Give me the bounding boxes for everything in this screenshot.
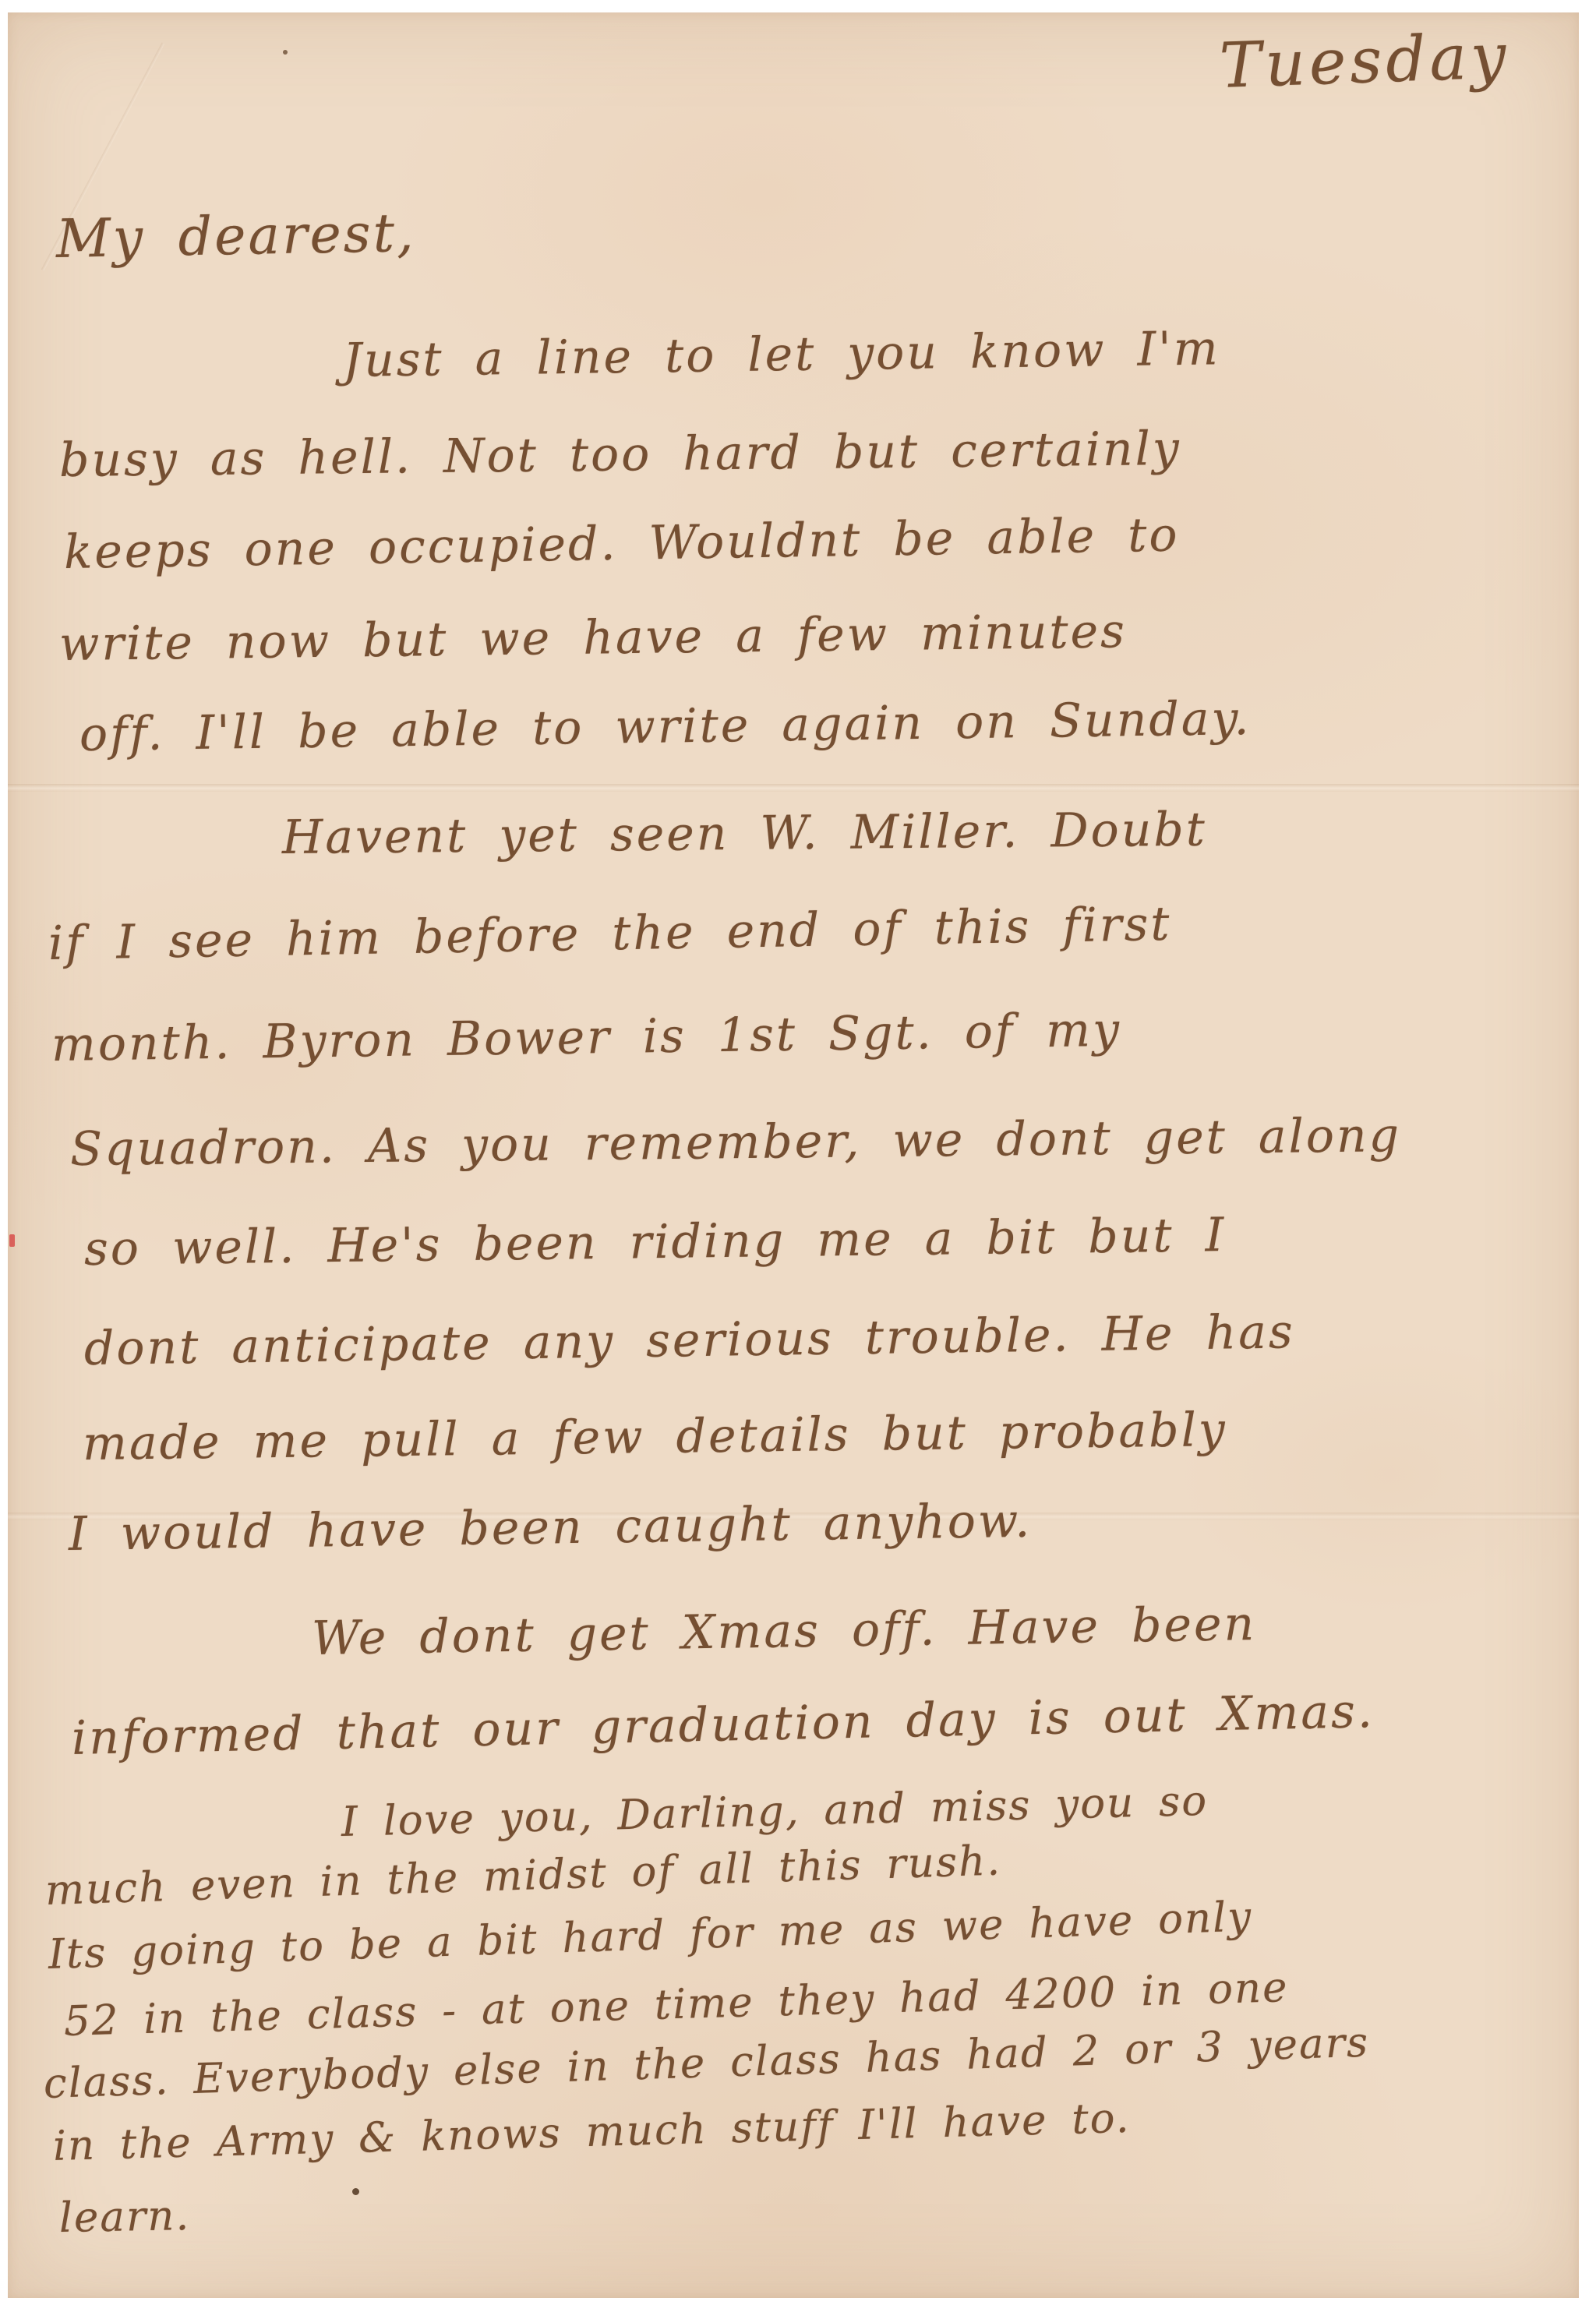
- fold-crease-upper: [8, 784, 1579, 792]
- letter-line-16: I love you, Darling, and miss you so: [341, 1777, 1209, 1846]
- letter-salutation: My dearest,: [55, 203, 416, 270]
- letter-line-21: in the Army & knows much stuff I'll have…: [52, 2095, 1131, 2170]
- scanned-letter: Tuesday My dearest, Just a line to let y…: [0, 0, 1596, 2298]
- letter-line-4: write now but we have a few minutes: [59, 604, 1128, 672]
- letter-line-3: keeps one occupied. Wouldnt be able to: [63, 508, 1180, 580]
- ink-speck: [352, 2188, 359, 2195]
- letter-date: Tuesday: [1218, 19, 1510, 102]
- letter-line-13: I would have been caught anyhow.: [69, 1494, 1033, 1562]
- letter-line-12: made me pull a few details but probably: [83, 1403, 1228, 1471]
- letter-line-8: month. Byron Bower is 1st Sgt. of my: [51, 1003, 1122, 1072]
- letter-paper: Tuesday My dearest, Just a line to let y…: [8, 12, 1579, 2298]
- letter-line-15: informed that our graduation day is out …: [71, 1684, 1375, 1766]
- letter-line-10: so well. He's been riding me a bit but I: [84, 1208, 1227, 1276]
- letter-line-7: if I see him before the end of this firs…: [48, 897, 1172, 971]
- red-mark: [9, 1234, 15, 1247]
- ink-speck: [283, 50, 288, 55]
- letter-line-11: dont anticipate any serious trouble. He …: [84, 1304, 1296, 1376]
- letter-line-1: Just a line to let you know I'm: [343, 321, 1221, 388]
- letter-line-9: Squadron. As you remember, we dont get a…: [70, 1108, 1402, 1177]
- letter-line-17: much even in the midst of all this rush.: [44, 1837, 1002, 1915]
- letter-line-2: busy as hell. Not too hard but certainly: [59, 422, 1181, 488]
- letter-line-5: off. I'll be able to write again on Sund…: [79, 691, 1252, 762]
- letter-line-14: We dont get Xmas off. Have been: [311, 1597, 1256, 1666]
- letter-line-22: learn.: [58, 2192, 190, 2242]
- letter-line-6: Havent yet seen W. Miller. Doubt: [282, 803, 1207, 865]
